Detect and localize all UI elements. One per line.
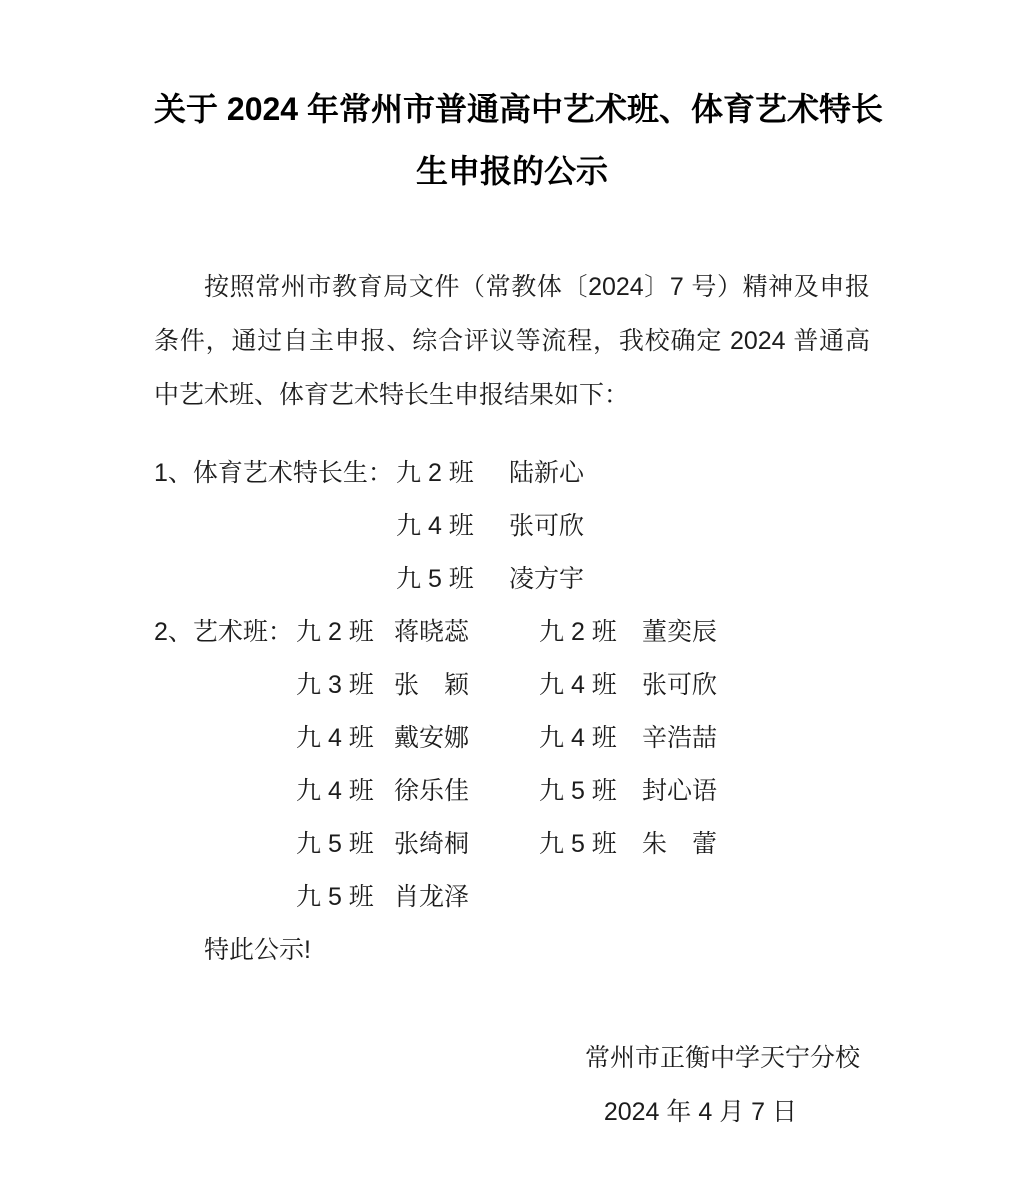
- student-name: 封心语: [642, 765, 717, 818]
- special-students-row: 九 5 班 凌方宇: [154, 553, 870, 606]
- class-label: 九 5 班: [539, 818, 642, 871]
- indent-spacer: [154, 500, 396, 553]
- closing-statement: 特此公示!: [154, 924, 870, 977]
- art-class-row: 九 5 班 肖龙泽: [154, 871, 870, 924]
- art-class-row: 九 3 班 张 颖 九 4 班 张可欣: [154, 659, 870, 712]
- class-label: 九 2 班: [396, 447, 509, 500]
- student-name: 陆新心: [509, 447, 584, 500]
- student-name: 张绮桐: [394, 818, 539, 871]
- student-name: 肖龙泽: [394, 871, 539, 924]
- section-1-label: 1、体育艺术特长生：: [154, 447, 396, 500]
- class-label: [539, 871, 642, 924]
- school-name: 常州市正衡中学天宁分校: [154, 1031, 870, 1085]
- indent-spacer: [154, 765, 296, 818]
- class-label: 九 2 班: [296, 606, 394, 659]
- student-name: 朱 蕾: [642, 818, 717, 871]
- class-label: 九 4 班: [296, 712, 394, 765]
- document-page: 关于 2024 年常州市普通高中艺术班、体育艺术特长 生申报的公示 按照常州市教…: [0, 0, 1024, 1199]
- indent-spacer: [154, 712, 296, 765]
- student-name: 徐乐佳: [394, 765, 539, 818]
- announcement-date: 2024 年 4 月 7 日: [154, 1085, 870, 1139]
- class-label: 九 2 班: [539, 606, 642, 659]
- indent-spacer: [154, 659, 296, 712]
- indent-spacer: [154, 818, 296, 871]
- title-line-2: 生申报的公示: [154, 140, 870, 202]
- student-name: 董奕辰: [642, 606, 717, 659]
- student-name: 张可欣: [642, 659, 717, 712]
- student-name: 戴安娜: [394, 712, 539, 765]
- announcement-document: 关于 2024 年常州市普通高中艺术班、体育艺术特长 生申报的公示 按照常州市教…: [0, 0, 1024, 1139]
- student-name: 张 颖: [394, 659, 539, 712]
- class-label: 九 4 班: [296, 765, 394, 818]
- section-art-class: 2、艺术班： 九 2 班 蒋晓蕊 九 2 班 董奕辰 九 3 班 张 颖 九 4…: [154, 606, 870, 924]
- art-class-row: 九 4 班 戴安娜 九 4 班 辛浩喆: [154, 712, 870, 765]
- document-title: 关于 2024 年常州市普通高中艺术班、体育艺术特长 生申报的公示: [154, 78, 870, 202]
- art-class-row: 九 4 班 徐乐佳 九 5 班 封心语: [154, 765, 870, 818]
- signature-block: 常州市正衡中学天宁分校 2024 年 4 月 7 日: [154, 1031, 870, 1139]
- indent-spacer: [154, 871, 296, 924]
- special-students-row: 九 4 班 张可欣: [154, 500, 870, 553]
- intro-paragraph: 按照常州市教育局文件（常教体〔2024〕7 号）精神及申报条件，通过自主申报、综…: [154, 260, 870, 422]
- art-class-row: 2、艺术班： 九 2 班 蒋晓蕊 九 2 班 董奕辰: [154, 606, 870, 659]
- class-label: 九 3 班: [296, 659, 394, 712]
- class-label: 九 5 班: [296, 818, 394, 871]
- student-name: 蒋晓蕊: [394, 606, 539, 659]
- student-name: 凌方宇: [509, 553, 584, 606]
- special-students-row: 1、体育艺术特长生： 九 2 班 陆新心: [154, 447, 870, 500]
- art-class-row: 九 5 班 张绮桐 九 5 班 朱 蕾: [154, 818, 870, 871]
- class-label: 九 4 班: [396, 500, 509, 553]
- section-2-label: 2、艺术班：: [154, 606, 296, 659]
- class-label: 九 5 班: [539, 765, 642, 818]
- indent-spacer: [154, 553, 396, 606]
- section-special-students: 1、体育艺术特长生： 九 2 班 陆新心 九 4 班 张可欣 九 5 班 凌方宇: [154, 447, 870, 606]
- student-name: 张可欣: [509, 500, 584, 553]
- class-label: 九 4 班: [539, 712, 642, 765]
- class-label: 九 5 班: [296, 871, 394, 924]
- class-label: 九 5 班: [396, 553, 509, 606]
- student-name: 辛浩喆: [642, 712, 717, 765]
- class-label: 九 4 班: [539, 659, 642, 712]
- title-line-1: 关于 2024 年常州市普通高中艺术班、体育艺术特长: [154, 78, 870, 140]
